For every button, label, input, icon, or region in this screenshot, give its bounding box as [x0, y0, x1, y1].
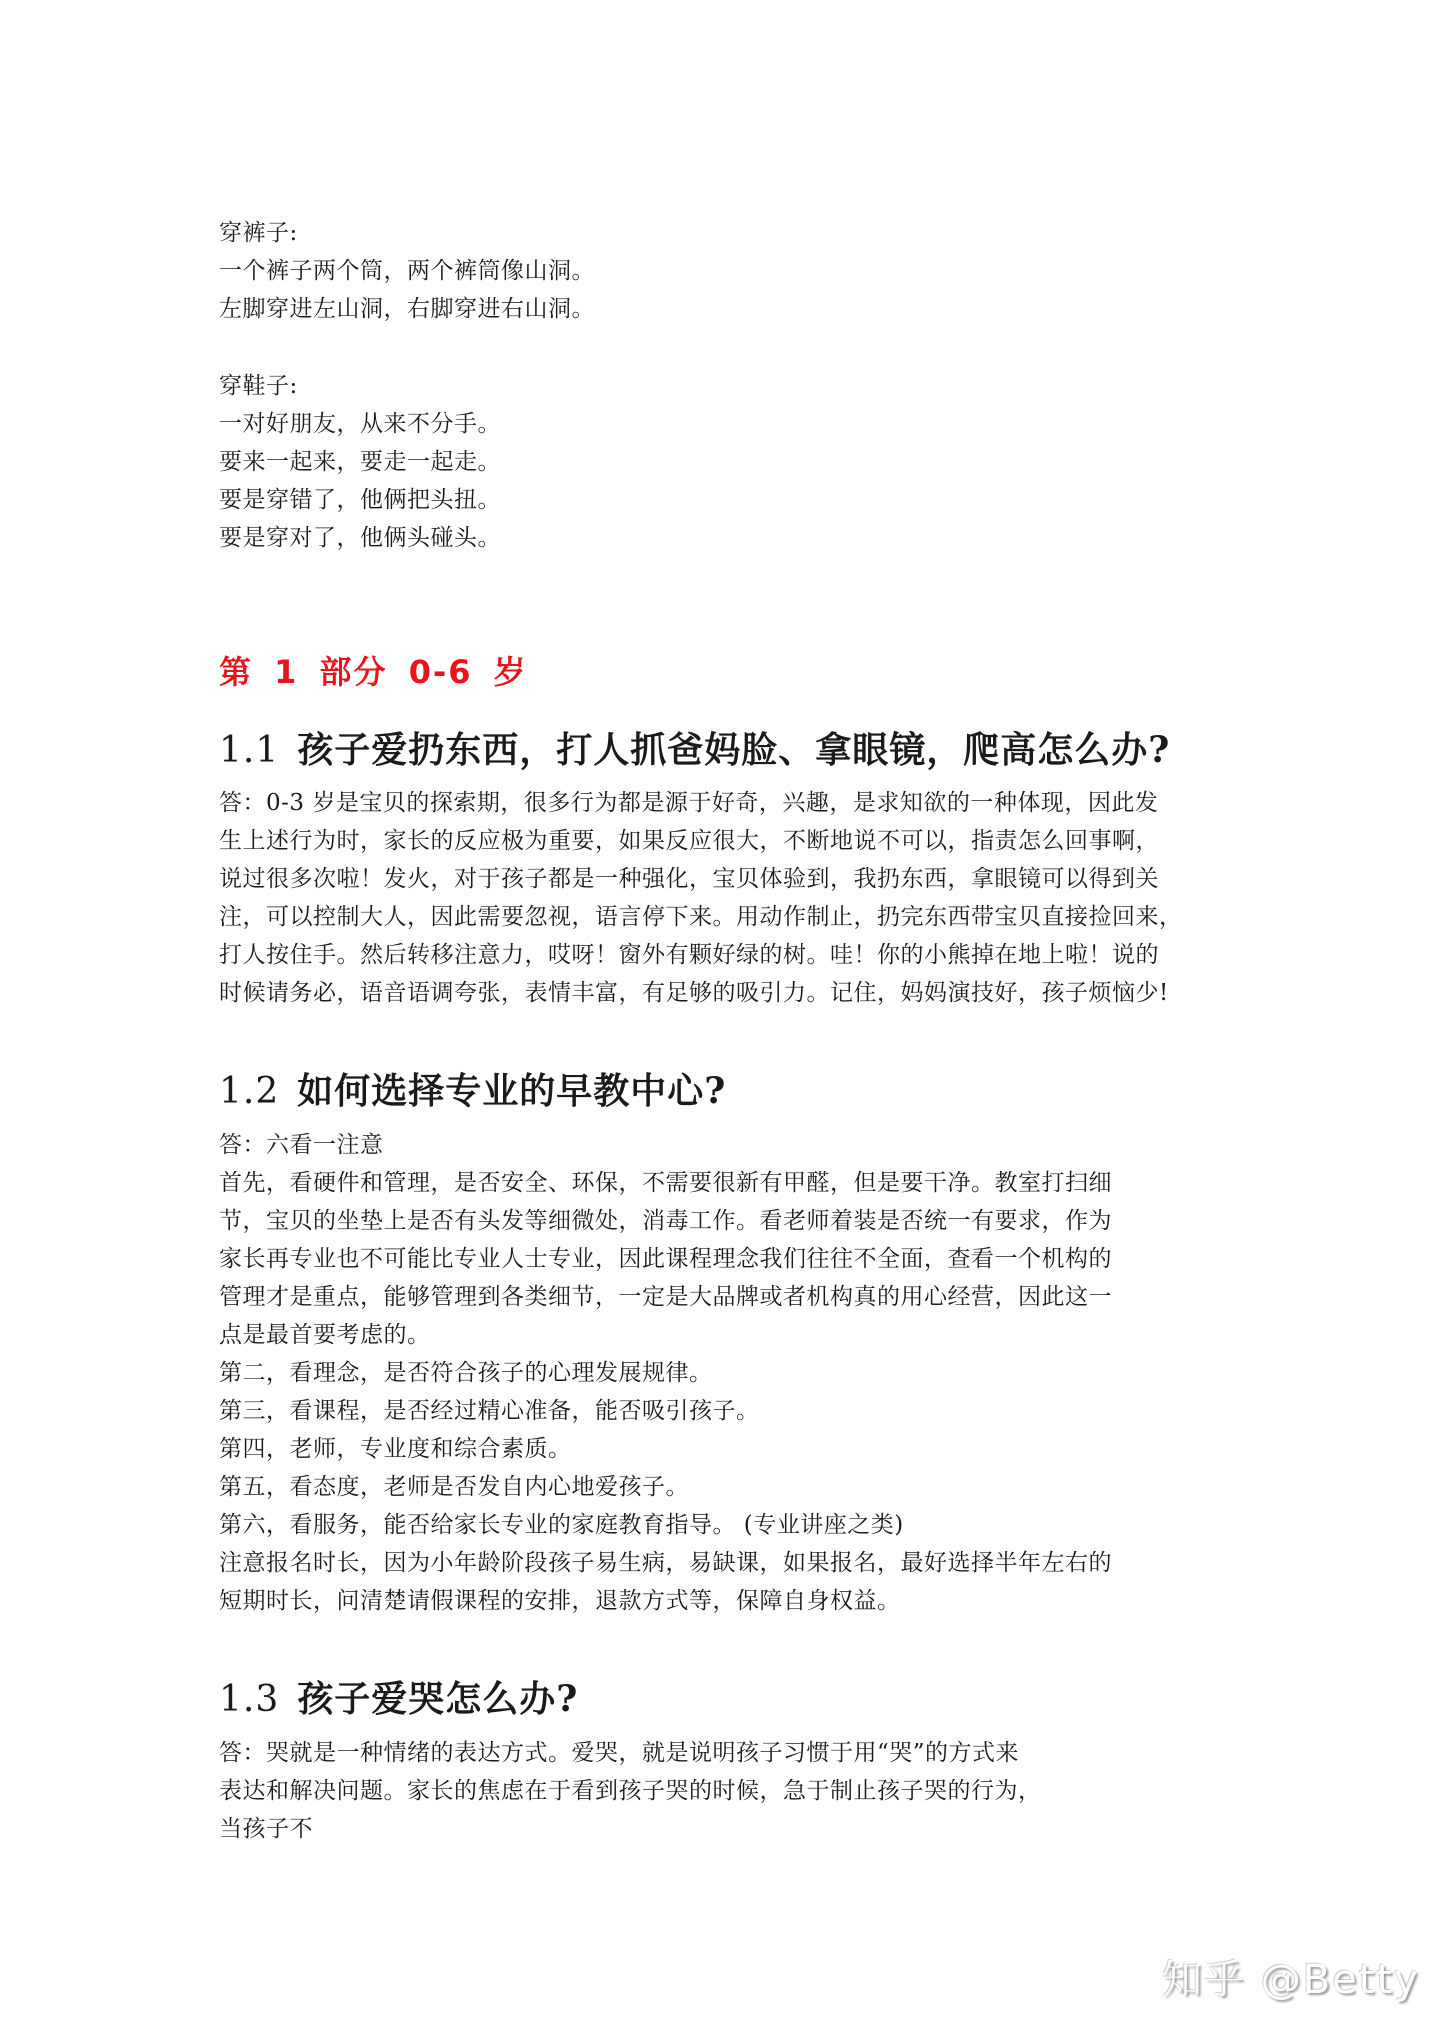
section-answer-1-2: 答：六看一注意 首先，看硬件和管理，是否安全、环保，不需要很新有甲醛，但是要干净…: [219, 1126, 1239, 1620]
section-heading-1-2: 1.2如何选择专业的早教中心?: [219, 1063, 726, 1114]
poem-pants: 穿裤子: 一个裤子两个筒，两个裤筒像山洞。 左脚穿进左山洞，右脚穿进右山洞。: [219, 214, 595, 328]
answer-line: 第三，看课程，是否经过精心准备，能否吸引孩子。: [219, 1392, 1239, 1430]
zhihu-watermark: 知乎 @Betty: [1162, 1948, 1420, 2005]
answer-line: 注意报名时长，因为小年龄阶段孩子易生病，易缺课，如果报名，最好选择半年左右的: [219, 1544, 1239, 1582]
poem-title: 穿裤子:: [219, 214, 595, 252]
poem-line: 一个裤子两个筒，两个裤筒像山洞。: [219, 252, 595, 290]
answer-line: 说过很多次啦！发火，对于孩子都是一种强化，宝贝体验到，我扔东西，拿眼镜可以得到关: [219, 860, 1239, 898]
poem-line: 左脚穿进左山洞，右脚穿进右山洞。: [219, 290, 595, 328]
answer-line: 第五，看态度，老师是否发自内心地爱孩子。: [219, 1468, 1239, 1506]
section-title: 孩子爱扔东西，打人抓爸妈脸、拿眼镜，爬高怎么办?: [297, 729, 1170, 771]
section-answer-1-3: 答：哭就是一种情绪的表达方式。爱哭，就是说明孩子习惯于用“哭”的方式来 表达和解…: [219, 1734, 1239, 1848]
answer-line: 答：六看一注意: [219, 1126, 1239, 1164]
poem-title: 穿鞋子:: [219, 367, 501, 405]
answer-line: 首先，看硬件和管理，是否安全、环保，不需要很新有甲醛，但是要干净。教室打扫细: [219, 1164, 1239, 1202]
section-title: 孩子爱哭怎么办?: [297, 1678, 578, 1720]
answer-line: 短期时长，问清楚请假课程的安排，退款方式等，保障自身权益。: [219, 1582, 1239, 1620]
section-heading-1-1: 1.1孩子爱扔东西，打人抓爸妈脸、拿眼镜，爬高怎么办?: [219, 722, 1170, 773]
answer-line: 注，可以控制大人，因此需要忽视，语言停下来。用动作制止，扔完东西带宝贝直接捡回来…: [219, 898, 1239, 936]
answer-line: 打人按住手。然后转移注意力，哎呀！窗外有颗好绿的树。哇！你的小熊掉在地上啦！说的: [219, 936, 1239, 974]
poem-line: 要是穿错了，他俩把头扭。: [219, 481, 501, 519]
section-answer-1-1: 答：0-3 岁是宝贝的探索期，很多行为都是源于好奇，兴趣，是求知欲的一种体现，因…: [219, 784, 1239, 1012]
answer-line: 第四，老师，专业度和综合素质。: [219, 1430, 1239, 1468]
poem-line: 要是穿对了，他俩头碰头。: [219, 519, 501, 557]
answer-line: 答：0-3 岁是宝贝的探索期，很多行为都是源于好奇，兴趣，是求知欲的一种体现，因…: [219, 784, 1239, 822]
answer-line: 答：哭就是一种情绪的表达方式。爱哭，就是说明孩子习惯于用“哭”的方式来: [219, 1734, 1239, 1772]
answer-line: 当孩子不: [219, 1810, 1239, 1848]
answer-line: 第二，看理念，是否符合孩子的心理发展规律。: [219, 1354, 1239, 1392]
section-number: 1.3: [219, 1679, 279, 1720]
answer-line: 生上述行为时，家长的反应极为重要，如果反应很大，不断地说不可以，指责怎么回事啊，: [219, 822, 1239, 860]
poem-shoes: 穿鞋子: 一对好朋友，从来不分手。 要来一起来，要走一起走。 要是穿错了，他俩把…: [219, 367, 501, 557]
answer-line: 节，宝贝的坐垫上是否有头发等细微处，消毒工作。看老师着装是否统一有要求，作为: [219, 1202, 1239, 1240]
poem-line: 要来一起来，要走一起走。: [219, 443, 501, 481]
section-heading-1-3: 1.3孩子爱哭怎么办?: [219, 1671, 578, 1722]
part-heading: 第 1 部分 0-6 岁: [219, 647, 528, 693]
answer-line: 时候请务必，语音语调夸张，表情丰富，有足够的吸引力。记住，妈妈演技好，孩子烦恼少…: [219, 974, 1239, 1012]
answer-line: 点是最首要考虑的。: [219, 1316, 1239, 1354]
section-title: 如何选择专业的早教中心?: [297, 1070, 726, 1112]
poem-line: 一对好朋友，从来不分手。: [219, 405, 501, 443]
answer-line: 第六，看服务，能否给家长专业的家庭教育指导。 (专业讲座之类): [219, 1506, 1239, 1544]
answer-line: 家长再专业也不可能比专业人士专业，因此课程理念我们往往不全面，查看一个机构的: [219, 1240, 1239, 1278]
section-number: 1.2: [219, 1071, 279, 1112]
answer-line: 管理才是重点，能够管理到各类细节，一定是大品牌或者机构真的用心经营，因此这一: [219, 1278, 1239, 1316]
answer-line: 表达和解决问题。家长的焦虑在于看到孩子哭的时候，急于制止孩子哭的行为，: [219, 1772, 1239, 1810]
section-number: 1.1: [219, 730, 279, 771]
